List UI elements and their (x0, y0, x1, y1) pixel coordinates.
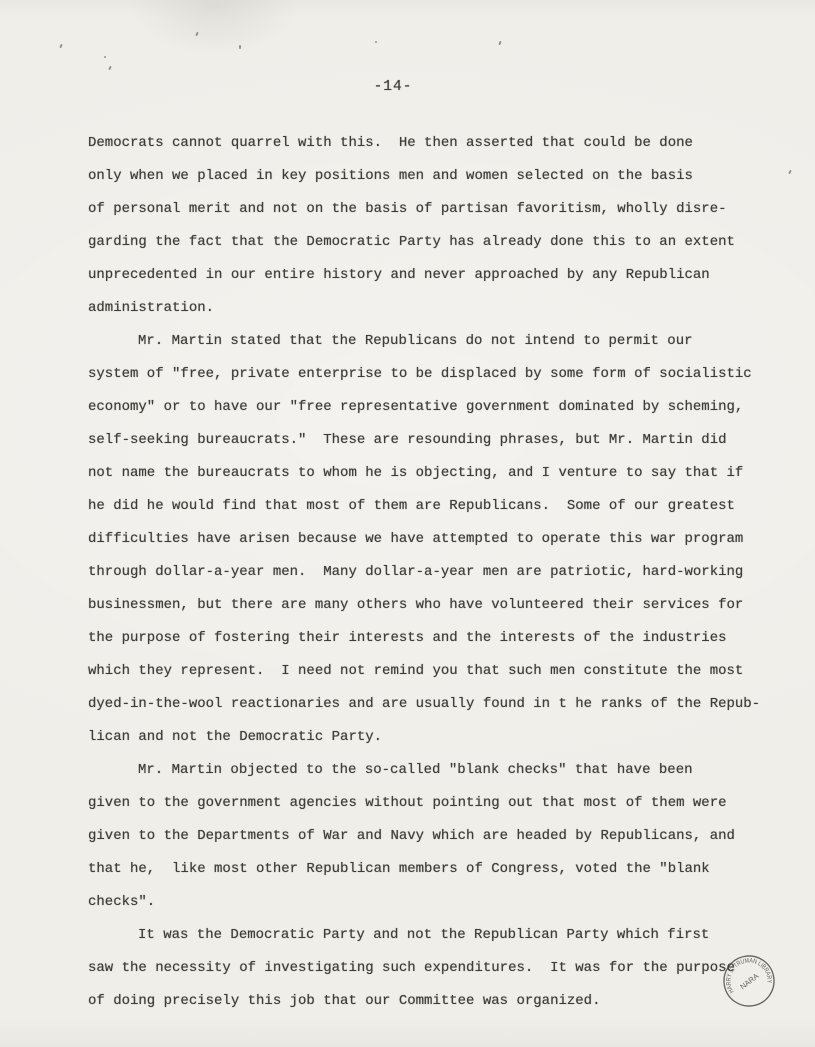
text-line: given to the Departments of War and Navy… (88, 820, 778, 853)
page-number: -14- (0, 79, 786, 95)
text-line: which they represent. I need not remind … (88, 655, 778, 688)
paper-speckle (195, 32, 199, 36)
text-line: of doing precisely this job that our Com… (88, 985, 778, 1018)
text-line: garding the fact that the Democratic Par… (88, 226, 778, 259)
paper-speckle (788, 170, 792, 174)
text-line: economy" or to have our "free representa… (88, 391, 778, 424)
text-line: he did he would find that most of them a… (88, 490, 778, 523)
paper-speckle (375, 41, 377, 43)
text-line: Mr. Martin stated that the Republicans d… (88, 325, 778, 358)
text-line: administration. (88, 292, 778, 325)
text-line: saw the necessity of investigating such … (88, 952, 778, 985)
text-line: businessmen, but there are many others w… (88, 589, 778, 622)
text-line: through dollar-a-year men. Many dollar-a… (88, 556, 778, 589)
text-line: system of "free, private enterprise to b… (88, 358, 778, 391)
text-line: checks". (88, 886, 778, 919)
paper-speckle (239, 45, 241, 49)
paragraph: It was the Democratic Party and not the … (88, 919, 778, 1018)
truman-library-stamp: HARRY S. TRUMAN LIBRARY NARA (716, 948, 784, 1016)
text-line: self-seeking bureaucrats." These are res… (88, 424, 778, 457)
text-line: difficulties have arisen because we have… (88, 523, 778, 556)
stamp-center-text: NARA (738, 971, 760, 991)
text-line: Mr. Martin objected to the so-called "bl… (88, 754, 778, 787)
text-line: dyed-in-the-wool reactionaries and are u… (88, 688, 778, 721)
stamp-ring-label: HARRY S. TRUMAN LIBRARY (722, 954, 774, 995)
stamp-group: HARRY S. TRUMAN LIBRARY NARA (720, 952, 778, 1010)
paragraph: Democrats cannot quarrel with this. He t… (88, 127, 778, 325)
text-line: of personal merit and not on the basis o… (88, 193, 778, 226)
scanned-document-page: -14- Democrats cannot quarrel with this.… (0, 0, 815, 1047)
paper-speckle (108, 66, 112, 70)
paragraph: Mr. Martin stated that the Republicans d… (88, 325, 778, 754)
paper-speckle (104, 56, 106, 58)
paper-speckle (59, 44, 63, 48)
text-line: given to the government agencies without… (88, 787, 778, 820)
text-line: Democrats cannot quarrel with this. He t… (88, 127, 778, 160)
paragraph: Mr. Martin objected to the so-called "bl… (88, 754, 778, 919)
text-line: not name the bureaucrats to whom he is o… (88, 457, 778, 490)
text-line: lican and not the Democratic Party. (88, 721, 778, 754)
document-body: Democrats cannot quarrel with this. He t… (88, 127, 778, 1018)
stamp-ring-text: HARRY S. TRUMAN LIBRARY (722, 954, 774, 995)
text-line: the purpose of fostering their interests… (88, 622, 778, 655)
text-line: that he, like most other Republican memb… (88, 853, 778, 886)
text-line: It was the Democratic Party and not the … (88, 919, 778, 952)
paper-speckle (498, 41, 502, 45)
text-line: unprecedented in our entire history and … (88, 259, 778, 292)
text-line: only when we placed in key positions men… (88, 160, 778, 193)
